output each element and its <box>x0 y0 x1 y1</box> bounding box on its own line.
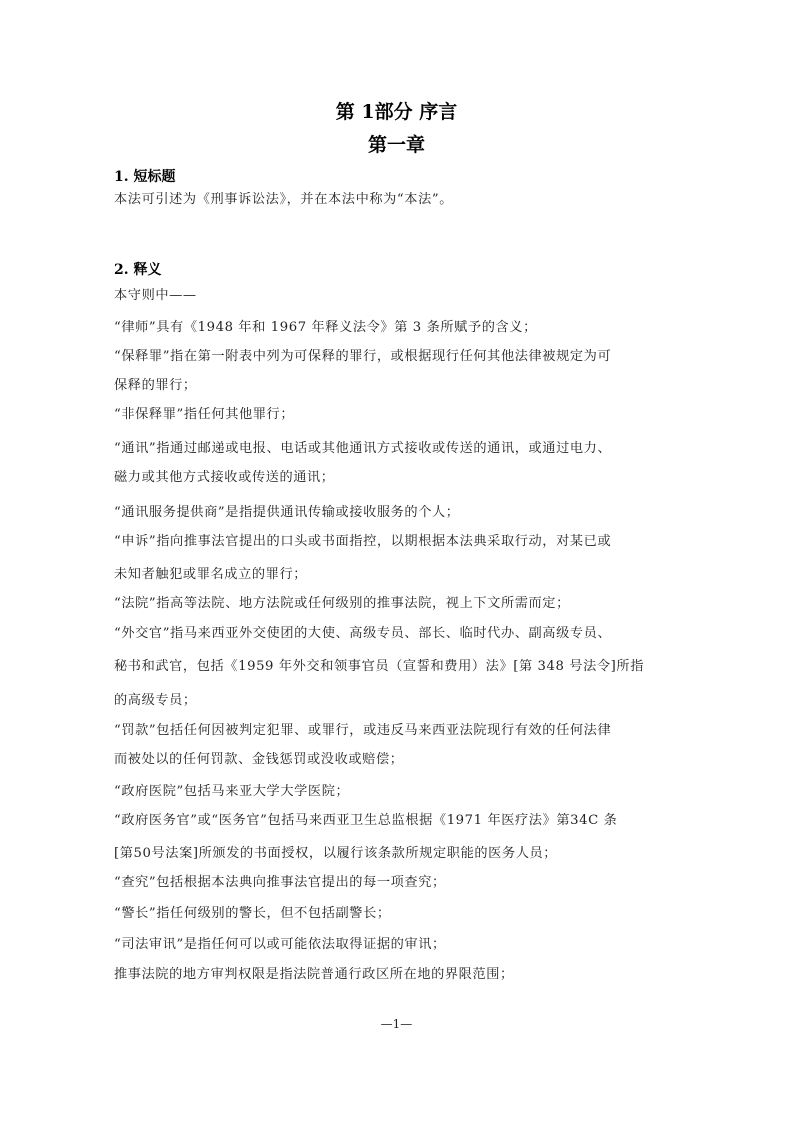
definition-line: 秘书和武官，包括《1959 年外交和领事官员（宣誓和费用）法》[第 348 号法… <box>114 658 644 676</box>
definition-line: “通讯”指通过邮递或电报、电话或其他通讯方式接收或传送的通讯，或通过电力、 <box>114 440 611 458</box>
page-number: —1— <box>0 1017 793 1031</box>
definition-line: “法院”指高等法院、地方法院或任何级别的推事法院，视上下文所需而定； <box>114 595 570 613</box>
definition-line: “政府医院”包括马来亚大学大学医院； <box>114 783 349 801</box>
part-title: 第 1部分 序言 <box>0 100 793 124</box>
definition-line: 推事法院的地方审判权限是指法院普通行政区所在地的界限范围； <box>114 966 514 984</box>
chapter-title: 第一章 <box>0 133 793 157</box>
definition-line: 磁力或其他方式接收或传送的通讯； <box>114 469 335 487</box>
definition-line: “保释罪”指在第一附表中列为可保释的罪行，或根据现行任何其他法律被规定为可 <box>114 348 611 366</box>
definition-line: “警长”指任何级别的警长，但不包括副警长； <box>114 905 391 923</box>
definition-line: 本守则中—— <box>114 287 197 305</box>
section-heading-interpretation: 2. 释义 <box>114 261 162 279</box>
section-text-line: 本法可引述为《刑事诉讼法》，并在本法中称为“本法”。 <box>114 191 453 209</box>
definition-line: “查究”包括根据本法典向推事法官提出的每一项查究； <box>114 874 446 892</box>
definition-line: “律师”具有《1948 年和 1967 年释义法令》第 3 条所赋予的含义； <box>114 319 537 337</box>
definition-line: 的高级专员； <box>114 692 197 710</box>
definition-line: [第50号法案]所颁发的书面授权，以履行该条款所规定职能的医务人员； <box>114 845 557 863</box>
definition-line: 保释的罪行； <box>114 377 197 395</box>
definition-line: “政府医务官”或“医务官”包括马来西亚卫生总监根据《1971 年医疗法》第34C… <box>114 812 617 830</box>
definition-line: “外交官”指马来西亚外交使团的大使、高级专员、部长、临时代办、副高级专员、 <box>114 625 611 643</box>
section-heading-short-title: 1. 短标题 <box>114 168 176 186</box>
definition-line: “通讯服务提供商”是指提供通讯传输或接收服务的个人； <box>114 504 460 522</box>
definition-line: “司法审讯”是指任何可以或可能依法取得证据的审讯； <box>114 936 446 954</box>
definition-line: 而被处以的任何罚款、金钱惩罚或没收或赔偿； <box>114 751 404 769</box>
document-page: 第 1部分 序言 第一章 1. 短标题 本法可引述为《刑事诉讼法》，并在本法中称… <box>0 0 793 1122</box>
definition-line: “罚款”包括任何因被判定犯罪、或罪行，或违反马来西亚法院现行有效的任何法律 <box>114 722 611 740</box>
definition-line: “申诉”指向推事法官提出的口头或书面指控，以期根据本法典采取行动，对某已或 <box>114 533 611 551</box>
definition-line: 未知者触犯或罪名成立的罪行； <box>114 566 307 584</box>
definition-line: “非保释罪”指任何其他罪行； <box>114 406 294 424</box>
